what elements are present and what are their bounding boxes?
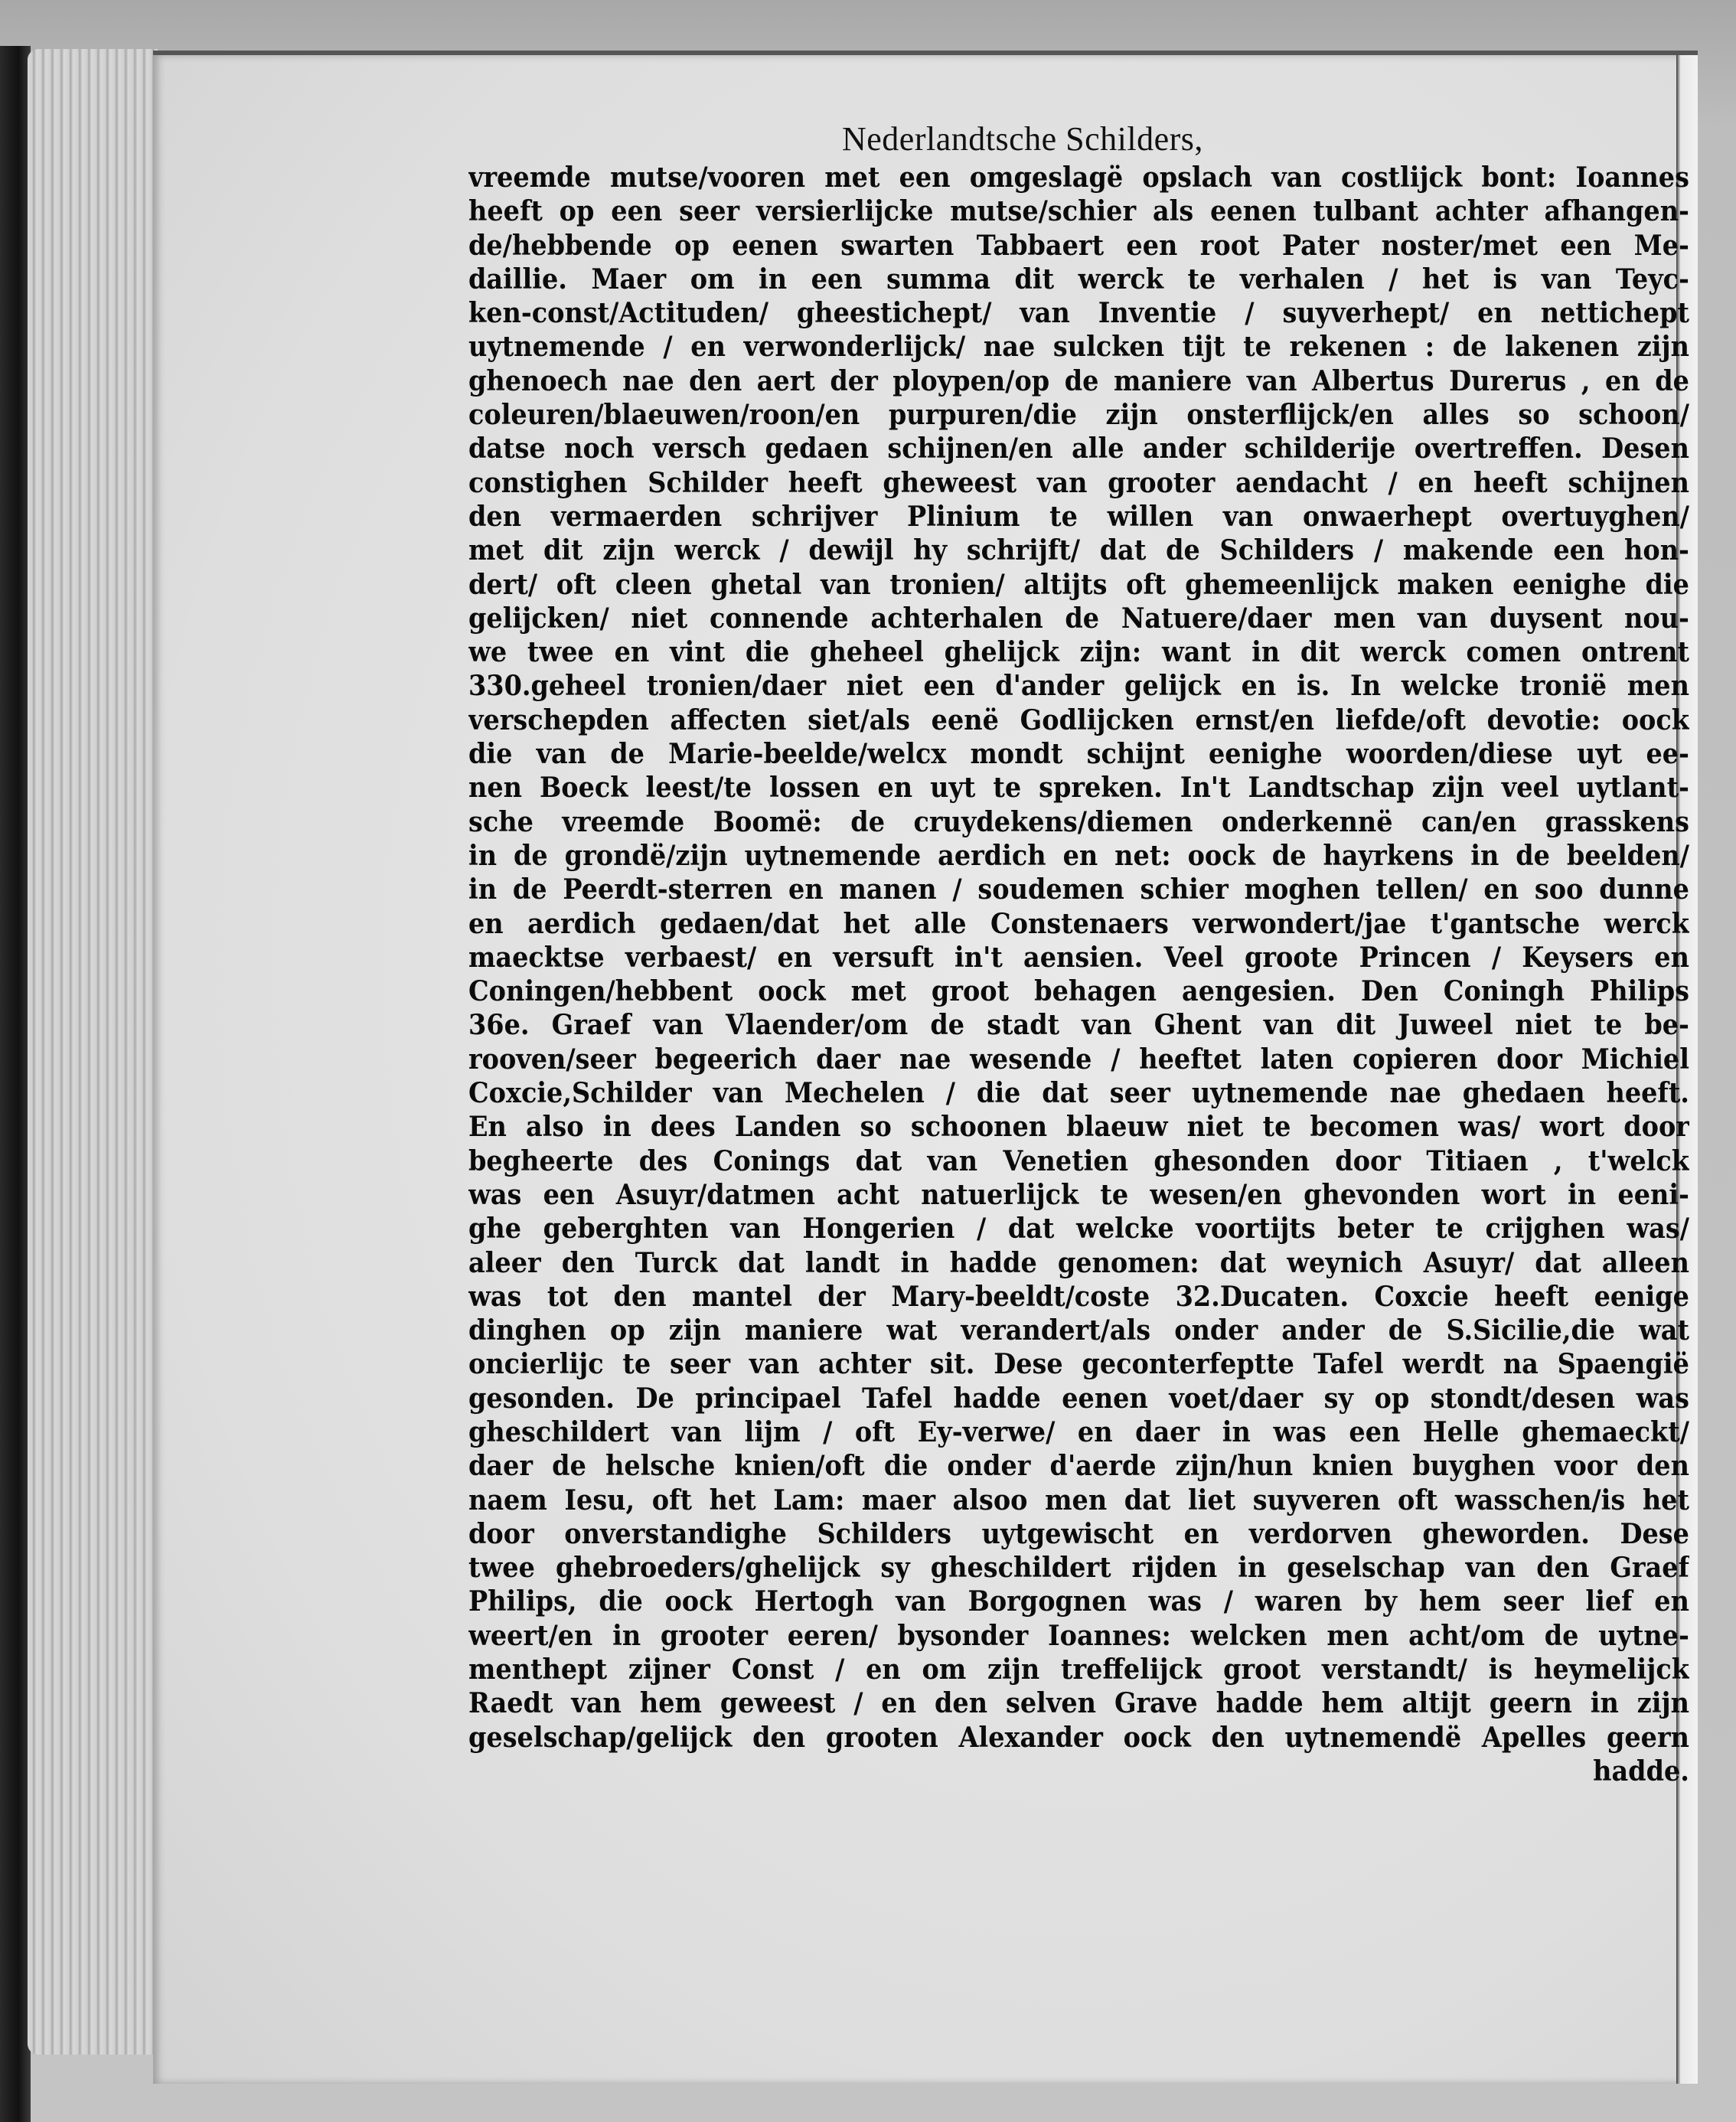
text-line: gesonden. De principael Tafel hadde eene… <box>468 1382 1689 1415</box>
text-line: naem Iesu, oft het Lam: maer alsoo men d… <box>468 1484 1689 1517</box>
text-line: met dit zijn werck / dewijl hy schrijft/… <box>468 534 1689 567</box>
text-line: en aerdich gedaen/dat het alle Constenae… <box>468 907 1689 941</box>
text-line: door onverstandighe Schilders uytgewisch… <box>468 1517 1689 1551</box>
text-line: twee ghebroeders/ghelijck sy gheschilder… <box>468 1551 1689 1585</box>
text-line: begheerte des Conings dat van Venetien g… <box>468 1144 1689 1178</box>
text-line: constighen Schilder heeft gheweest van g… <box>468 466 1689 500</box>
text-line: vreemde mutse/vooren met een omgeslagë o… <box>468 161 1689 194</box>
text-line: Raedt van hem geweest / en den selven Gr… <box>468 1686 1689 1720</box>
text-line: verschepden affecten siet/als eenë Godli… <box>468 704 1689 737</box>
text-line: daillie. Maer om in een summa dit werck … <box>468 263 1689 296</box>
text-line: in de grondë/zijn uytnemende aerdich en … <box>468 839 1689 873</box>
text-line: En also in dees Landen so schoonen blaeu… <box>468 1110 1689 1144</box>
text-line: ken-const/Actituden/ gheestichept/ van I… <box>468 296 1689 330</box>
text-line: nen Boeck leest/te lossen en uyt te spre… <box>468 771 1689 805</box>
text-line: den vermaerden schrijver Plinium te will… <box>468 500 1689 534</box>
text-line: geselschap/gelijck den grooten Alexander… <box>468 1721 1689 1755</box>
text-line: was een Asuyr/datmen acht natuerlijck te… <box>468 1178 1689 1212</box>
text-line: Coningen/hebbent oock met groot behagen … <box>468 974 1689 1008</box>
text-line: dinghen op zijn maniere wat verandert/al… <box>468 1314 1689 1347</box>
book-spine <box>0 46 31 2122</box>
text-line: was tot den mantel der Mary-beeldt/coste… <box>468 1280 1689 1314</box>
page-edges <box>28 49 158 2055</box>
text-line: we twee en vint die gheheel ghelijck zij… <box>468 635 1689 669</box>
text-line: ghenoech nae den aert der ploypen/op de … <box>468 364 1689 398</box>
text-line: menthept zijner Const / en om zijn treff… <box>468 1653 1689 1686</box>
text-line: gheschildert van lijm / oft Ey-verwe/ en… <box>468 1415 1689 1449</box>
text-line: coleuren/blaeuwen/roon/en purpuren/die z… <box>468 398 1689 432</box>
text-line: heeft op een seer versierlijcke mutse/sc… <box>468 194 1689 228</box>
text-line: ghe geberghten van Hongerien / dat welck… <box>468 1212 1689 1245</box>
text-line: datse noch versch gedaen schijnen/en all… <box>468 432 1689 465</box>
text-line: in de Peerdt-sterren en manen / soudemen… <box>468 873 1689 906</box>
text-line: 330.geheel tronien/daer niet een d'ander… <box>468 669 1689 703</box>
text-line: Coxcie,Schilder van Mechelen / die dat s… <box>468 1076 1689 1110</box>
text-line: gelijcken/ niet connende achterhalen de … <box>468 602 1689 635</box>
text-line: aleer den Turck dat landt in hadde genom… <box>468 1246 1689 1280</box>
text-line: oncierlijc te seer van achter sit. Dese … <box>468 1347 1689 1381</box>
text-line: dert/ oft cleen ghetal van tronien/ alti… <box>468 568 1689 602</box>
text-line: rooven/seer begeerich daer nae wesende /… <box>468 1043 1689 1076</box>
text-line: uytnemende / en verwonderlijck/ nae sulc… <box>468 330 1689 364</box>
text-line: die van de Marie-beelde/welcx mondt schi… <box>468 737 1689 771</box>
running-head: Nederlandtsche Schilders, <box>842 119 1203 158</box>
text-line: weert/en in grooter eeren/ bysonder Ioan… <box>468 1619 1689 1653</box>
book-photo: Nederlandtsche Schilders, vreemde mutse/… <box>0 0 1736 2122</box>
body-text: vreemde mutse/vooren met een omgeslagë o… <box>468 161 1689 1788</box>
text-line: maecktse verbaest/ en versuft in't aensi… <box>468 941 1689 974</box>
text-line: de/hebbende op eenen swarten Tabbaert ee… <box>468 229 1689 263</box>
text-line: sche vreemde Boomë: de cruydekens/diemen… <box>468 805 1689 839</box>
text-line: hadde. <box>468 1755 1689 1788</box>
text-line: 36e. Graef van Vlaender/om de stadt van … <box>468 1008 1689 1042</box>
text-line: Philips, die oock Hertogh van Borgognen … <box>468 1585 1689 1618</box>
text-line: daer de helsche knien/oft die onder d'ae… <box>468 1449 1689 1483</box>
